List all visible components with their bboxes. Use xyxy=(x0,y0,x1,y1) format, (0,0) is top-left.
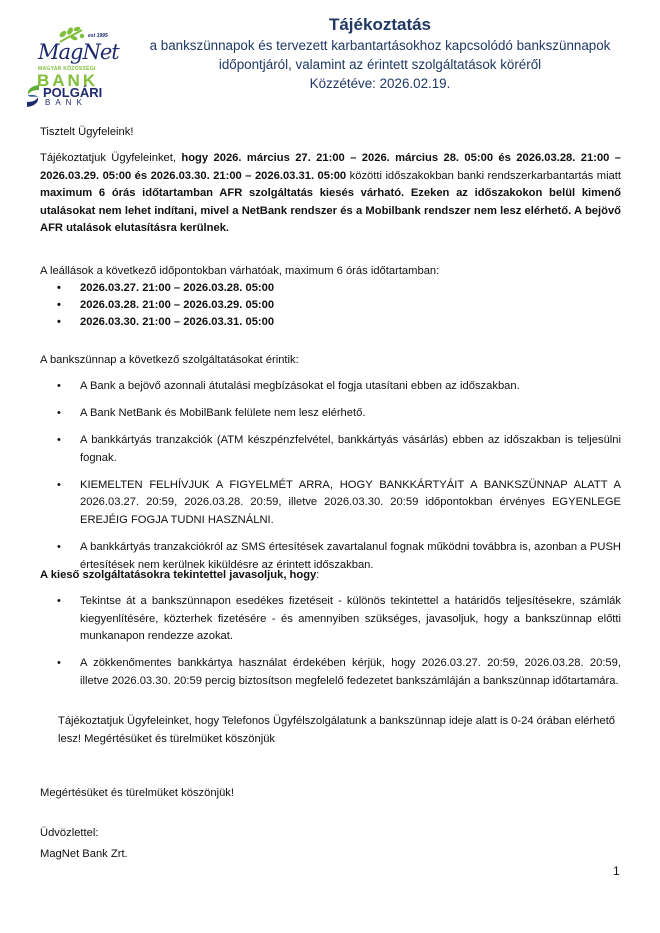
intro-text-2: közötti időszakokban banki rendszerkarba… xyxy=(346,170,621,182)
advice-section: •Tekintse át a bankszünnapon esedékes fi… xyxy=(40,593,621,700)
document-page: est 1995 MagNet MAGYAR KÖZÖSSÉGI BANK PO… xyxy=(0,0,660,933)
bullet-icon: • xyxy=(57,477,61,495)
advice-lead: A kieső szolgáltatásokra tekintettel jav… xyxy=(40,567,621,585)
page-number: 1 xyxy=(613,864,620,878)
affected-list: •A Bank a bejövő azonnali átutalási megb… xyxy=(40,378,621,574)
logo-polgari-bank: BANK xyxy=(45,98,87,107)
document-subtitle-line-1: a bankszünnapok és tervezett karbantartá… xyxy=(110,36,650,55)
outages-lead: A leállások a következő időpontokban vár… xyxy=(40,263,621,281)
affected-item: •A bankkártyás tranzakciók (ATM készpénz… xyxy=(40,432,621,467)
affected-item: •A Bank a bejövő azonnali átutalási megb… xyxy=(40,378,621,396)
logo-magnet-wordmark: MagNet xyxy=(38,40,119,64)
affected-item: •KIEMELTEN FELHÍVJUK A FIGYELMÉT ARRA, H… xyxy=(40,477,621,530)
outage-item: •2026.03.30. 21:00 – 2026.03.31. 05:00 xyxy=(40,314,621,331)
bullet-icon: • xyxy=(57,297,61,314)
phone-service-note: Tájékoztatjuk Ügyfeleinket, hogy Telefon… xyxy=(58,713,621,748)
greeting: Tisztelt Ügyfeleink! xyxy=(40,124,621,142)
thanks-line: Megértésüket és türelmüket köszönjük! xyxy=(40,785,621,803)
outage-item: •2026.03.27. 21:00 – 2026.03.28. 05:00 xyxy=(40,280,621,297)
intro-warning-bold: maximum 6 órás időtartamban AFR szolgált… xyxy=(40,187,621,234)
outage-list: •2026.03.27. 21:00 – 2026.03.28. 05:00 •… xyxy=(40,280,621,331)
outage-item: •2026.03.28. 21:00 – 2026.03.29. 05:00 xyxy=(40,297,621,314)
bullet-icon: • xyxy=(57,378,61,396)
affected-section: •A Bank a bejövő azonnali átutalási megb… xyxy=(40,378,621,584)
intro-paragraph: Tájékoztatjuk Ügyfeleinket, hogy 2026. m… xyxy=(40,150,621,238)
advice-item: •A zökkenőmentes bankkártya használat ér… xyxy=(40,655,621,690)
polgari-swirl-icon xyxy=(25,84,41,108)
bullet-icon: • xyxy=(57,432,61,450)
bullet-icon: • xyxy=(57,280,61,297)
document-header: Tájékoztatás a bankszünnapok és tervezet… xyxy=(110,14,650,93)
publication-date: Közzétéve: 2026.02.19. xyxy=(110,74,650,93)
affected-item: •A Bank NetBank és MobilBank felülete ne… xyxy=(40,405,621,423)
bullet-icon: • xyxy=(57,405,61,423)
advice-item: •Tekintse át a bankszünnapon esedékes fi… xyxy=(40,593,621,646)
bullet-icon: • xyxy=(57,539,61,557)
closing-line: Üdvözlettel: xyxy=(40,825,621,843)
document-title: Tájékoztatás xyxy=(110,14,650,36)
outages-section: •2026.03.27. 21:00 – 2026.03.28. 05:00 •… xyxy=(40,280,621,331)
logo-est-year: est 1995 xyxy=(88,33,108,39)
advice-list: •Tekintse át a bankszünnapon esedékes fi… xyxy=(40,593,621,690)
intro-text: Tájékoztatjuk Ügyfeleinket, xyxy=(40,152,181,164)
bullet-icon: • xyxy=(57,314,61,331)
bullet-icon: • xyxy=(57,593,61,611)
signature: MagNet Bank Zrt. xyxy=(40,846,621,864)
affected-lead: A bankszünnap a következő szolgáltatások… xyxy=(40,352,621,370)
document-subtitle-line-2: időpontjáról, valamint az érintett szolg… xyxy=(110,55,650,74)
bullet-icon: • xyxy=(57,655,61,673)
magnet-bank-logo: est 1995 MagNet MAGYAR KÖZÖSSÉGI BANK xyxy=(34,26,112,82)
polgari-bank-logo: POLGÁRI BANK xyxy=(25,84,109,110)
